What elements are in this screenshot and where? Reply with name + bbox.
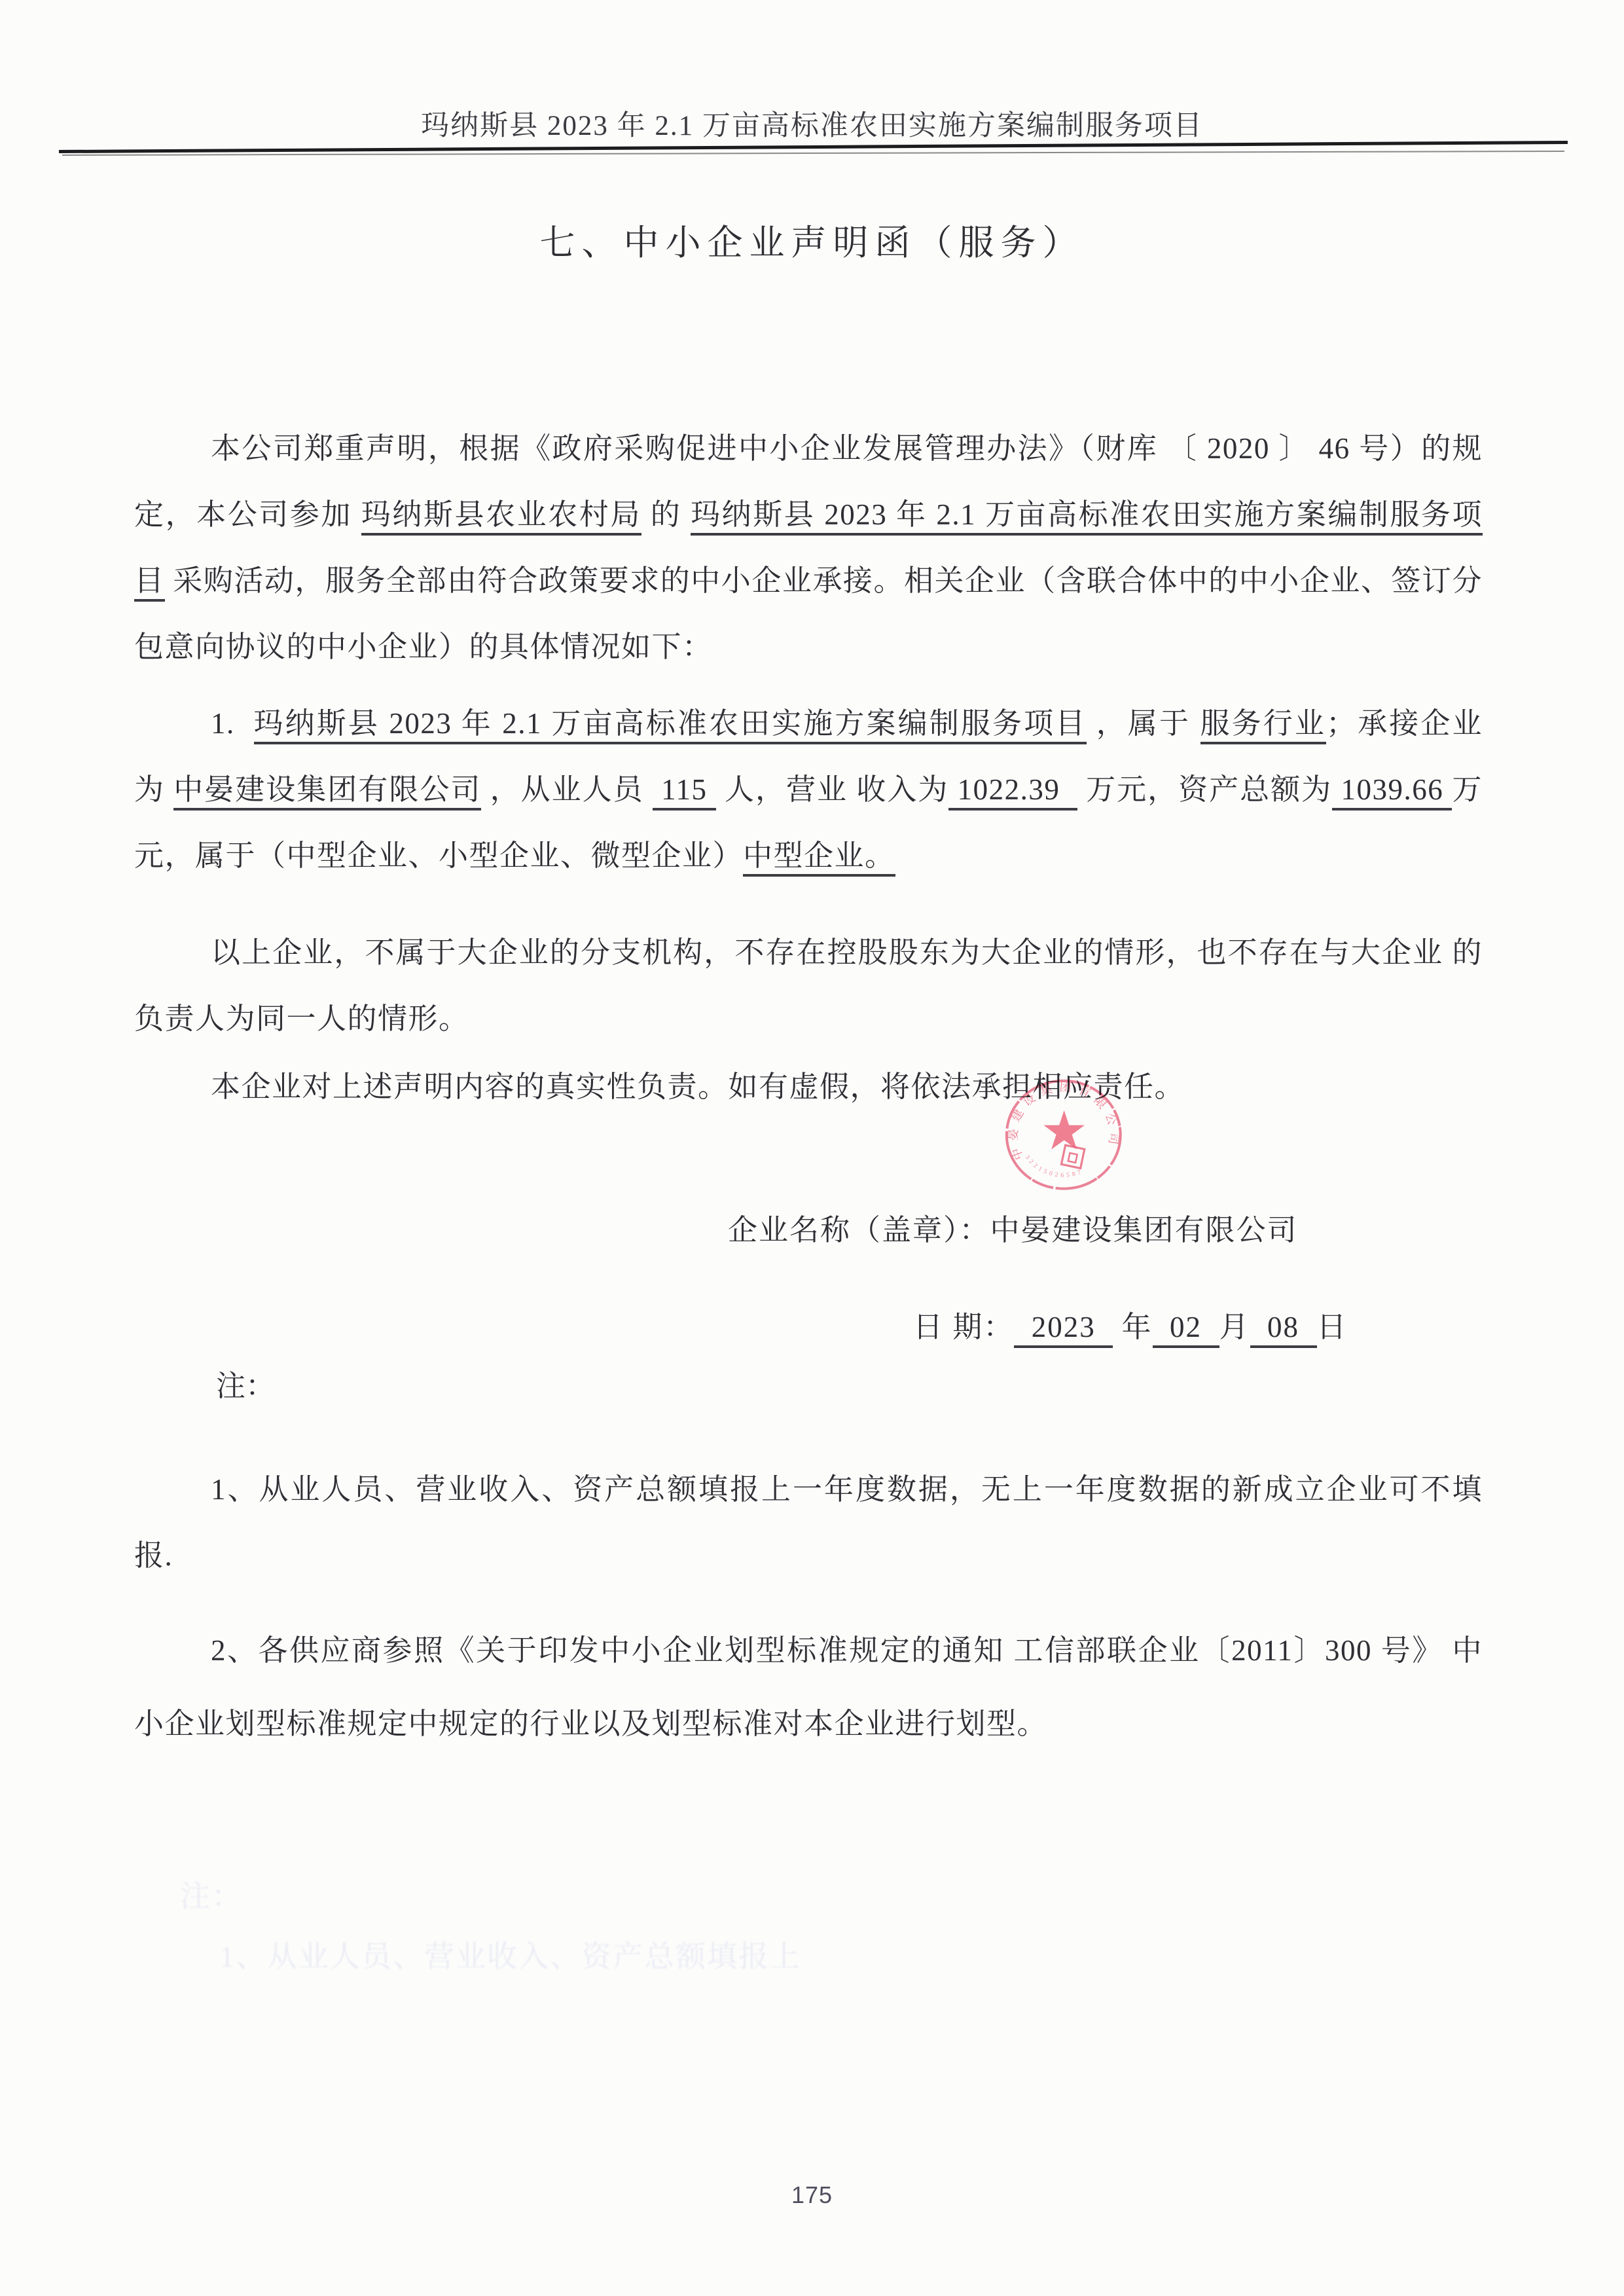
filled-blank-text: 1039.66 [1332, 773, 1452, 811]
page-header: 玛纳斯县 2023 年 2.1 万亩高标准农田实施方案编制服务项目 [0, 103, 1624, 143]
text-segment: 人，营业 收入为 [716, 773, 949, 806]
no-affiliation-paragraph: 以上企业，不属于大企业的分支机构，不存在控股股东为大企业的情形，也不存在与大企业… [134, 920, 1483, 1052]
declaration-paragraph: 本公司郑重声明，根据《政府采购促进中小企业发展管理办法》（财库 〔 2020 〕… [134, 416, 1483, 680]
seal-star-icon [1043, 1110, 1085, 1150]
company-seal: 中晏建设集团有限公司 32215026587 [975, 1074, 1434, 1506]
filled-blank-text: 玛纳斯县 2023 年 2.1 万亩高标准农田实施方案编制服务项目 [254, 707, 1087, 744]
filled-blank-text: 1022.39 [948, 773, 1077, 811]
text-segment: 万元，资产总额为 [1077, 773, 1332, 806]
bleed-through-text: 注： [180, 1872, 243, 1916]
text-segment: 采购活动，服务全部由符合政策要求的中小企业承接。相关企业（含联合体中的中小企业、… [134, 564, 1483, 663]
text-segment: 的 [641, 498, 691, 531]
filled-blank-text: 中晏建设集团有限公司 [173, 773, 481, 811]
filled-blank-text: 服务行业 [1200, 707, 1326, 744]
document-page: 玛纳斯县 2023 年 2.1 万亩高标准农田实施方案编制服务项目 七、中小企业… [0, 0, 1624, 2296]
page-title: 七、中小企业声明函（服务） [0, 215, 1624, 265]
filled-blank-text: 115 [653, 773, 716, 811]
enterprise-item-paragraph: 1. 玛纳斯县 2023 年 2.1 万亩高标准农田实施方案编制服务项目 ，属于… [134, 691, 1483, 889]
filled-blank-text: 玛纳斯县农业农村局 [361, 498, 641, 536]
text-segment: ，属于 [1087, 707, 1200, 740]
text-segment: ，从业人员 [481, 773, 653, 806]
text-segment: 1. [211, 707, 254, 740]
filled-blank-text: 中型企业。 [743, 839, 895, 877]
bleed-through-text: 1、从业人员、营业收入、资产总额填报上 [219, 1933, 801, 1976]
notes-label: 注： [216, 1362, 275, 1404]
note-item-2: 2、各供应商参照《关于印发中小企业划型标准规定的通知 工信部联企业〔2011〕3… [134, 1614, 1483, 1760]
page-number: 175 [0, 2181, 1624, 2209]
seal-square-glyph [1061, 1145, 1084, 1168]
